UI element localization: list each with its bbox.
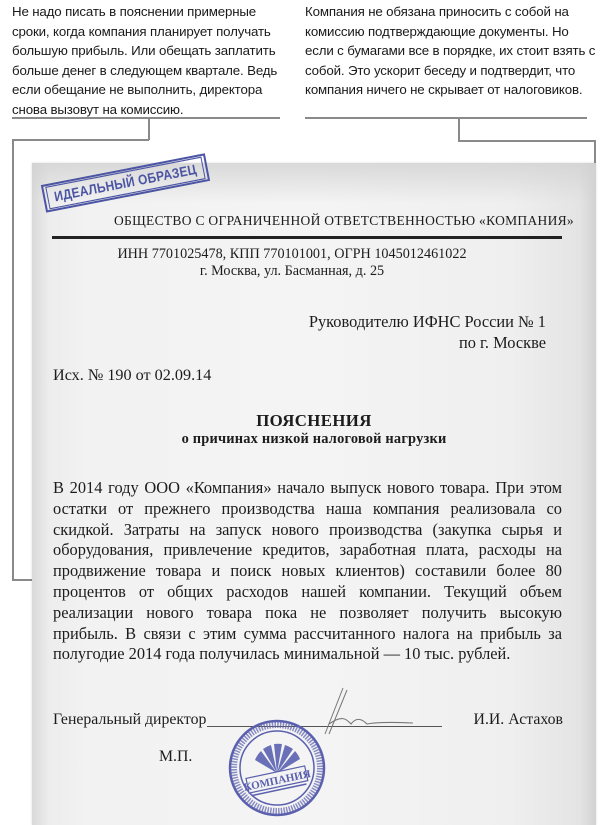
company-requisites: ИНН 7701025478, КПП 770101001, ОГРН 1045… xyxy=(92,246,492,280)
connector-right-h2 xyxy=(458,140,595,142)
document-body: В 2014 году ООО «Компания» начало выпуск… xyxy=(53,478,562,665)
addressee: Руководителю ИФНС России № 1 по г. Москв… xyxy=(309,311,546,353)
document-sheet: ИДЕАЛЬНЫЙ ОБРАЗЕЦ ОБЩЕСТВО С ОГРАНИЧЕННО… xyxy=(32,163,596,825)
company-seal-icon: КОМПАНИЯ xyxy=(227,718,327,818)
seal-placeholder-label: М.П. xyxy=(159,748,192,766)
header-divider xyxy=(52,236,562,239)
connector-left-v2 xyxy=(12,139,14,580)
outgoing-reference: Исх. № 190 от 02.09.14 xyxy=(53,366,211,385)
company-name: ОБЩЕСТВО С ОГРАНИЧЕННОЙ ОТВЕТСТВЕННОСТЬЮ… xyxy=(114,213,574,229)
signatory-name: И.И. Астахов xyxy=(474,711,563,729)
document-subtitle: о причинах низкой налоговой нагрузки xyxy=(32,431,596,448)
document-title: ПОЯСНЕНИЯ xyxy=(32,411,596,431)
annotation-left: Не надо писать в пояснении примерные сро… xyxy=(12,2,297,120)
connector-left-h1 xyxy=(12,117,280,119)
signature-scribble-icon xyxy=(323,686,413,736)
connector-left-h3 xyxy=(12,579,34,581)
annotation-right: Компания не обязана приносить с собой на… xyxy=(305,2,600,100)
connector-left-h2 xyxy=(12,139,149,141)
connector-right-h1 xyxy=(305,117,587,119)
signatory-role: Генеральный директор xyxy=(53,711,206,729)
document-title-block: ПОЯСНЕНИЯ о причинах низкой налоговой на… xyxy=(32,411,596,448)
connector-left-v1 xyxy=(148,117,150,140)
connector-right-v1 xyxy=(458,117,460,141)
